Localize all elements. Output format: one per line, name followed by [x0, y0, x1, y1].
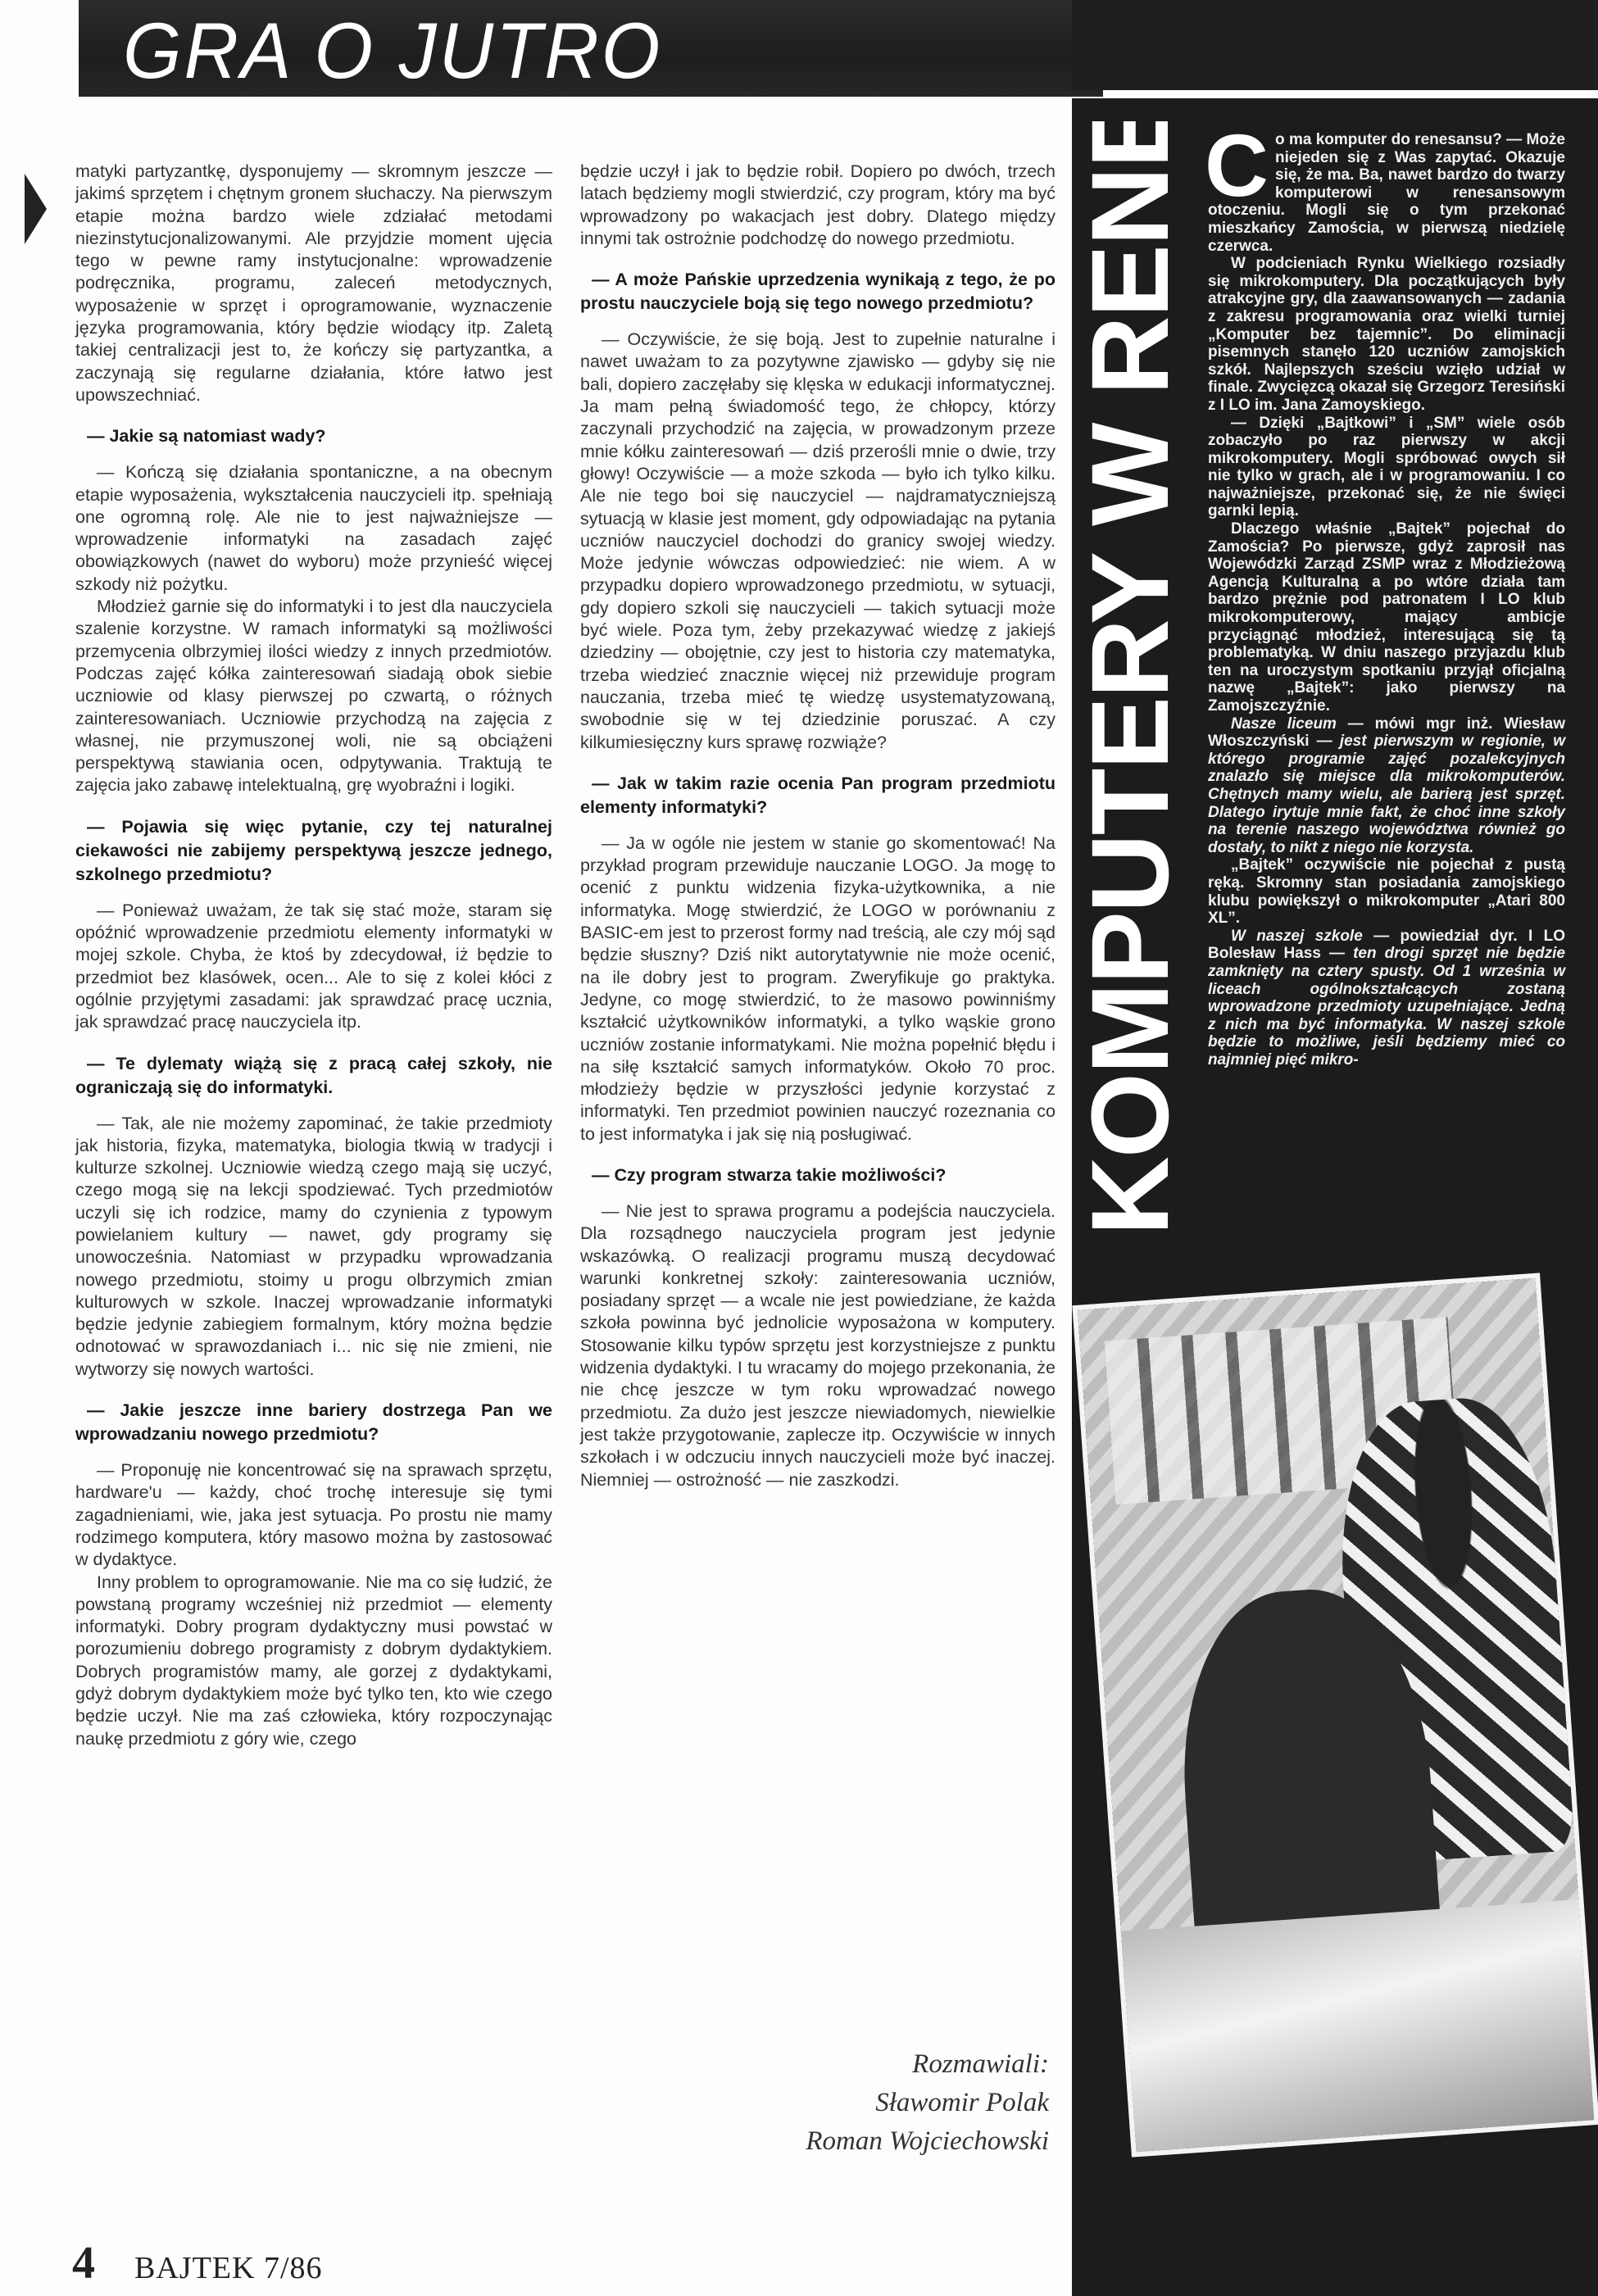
byline: Rozmawiali: Sławomir Polak Roman Wojciec… [672, 2045, 1049, 2161]
paragraph: Dlaczego właśnie „Bajtek” pojechał do Za… [1208, 520, 1565, 715]
page-title: GRA O JUTRO [123, 11, 662, 91]
paragraph: — Ponieważ uważam, że tak się stać może,… [75, 900, 552, 1034]
paragraph: — Nie jest to sprawa programu a podejści… [580, 1200, 1055, 1491]
paragraph: — Tak, ale nie możemy zapominać, że taki… [75, 1113, 552, 1382]
photo-table-computer [1121, 1899, 1594, 2152]
interview-question: — Jak w takim razie ocenia Pan program p… [580, 772, 1055, 819]
paragraph: będzie uczył i jak to będzie robił. Dopi… [580, 161, 1055, 250]
paragraph: — Proponuję nie koncentrować się na spra… [75, 1459, 552, 1571]
paragraph: — Ja w ogóle nie jestem w stanie go skom… [580, 833, 1055, 1146]
interview-question: — Czy program stwarza takie możliwości? [580, 1164, 1055, 1187]
sidebar-article: Co ma komputer do renesansu? — Może niej… [1208, 131, 1565, 1069]
paragraph: Nasze liceum — mówi mgr inż. Wiesław Wło… [1208, 715, 1565, 857]
paragraph: matyki partyzantkę, dysponujemy — skromn… [75, 161, 552, 406]
interview-question: — Jakie jeszcze inne bariery dostrzega P… [75, 1399, 552, 1446]
paragraph: „Bajtek” oczywiście nie pojechał z pustą… [1208, 856, 1565, 927]
paragraph: Inny problem to oprogramowanie. Nie ma c… [75, 1572, 552, 1750]
paragraph: — Dzięki „Bajtkowi” i „SM” wiele osób zo… [1208, 415, 1565, 521]
page-number: 4 [72, 2237, 95, 2289]
paragraph: Młodzież garnie się do informatyki i to … [75, 596, 552, 797]
byline-author: Sławomir Polak [672, 2084, 1049, 2122]
sidebar-title-text: KOMPUTERY W RENESANSIE [1080, 121, 1182, 1236]
byline-label: Rozmawiali: [672, 2045, 1049, 2084]
paragraph: W podcieniach Rynku Wielkiego rozsiadły … [1208, 255, 1565, 414]
paragraph: — Oczywiście, że się boją. Jest to zupeł… [580, 329, 1055, 754]
interview-question: — Te dylematy wiążą się z pracą całej sz… [75, 1052, 552, 1100]
article-column-middle: będzie uczył i jak to będzie robił. Dopi… [580, 161, 1055, 1491]
interview-question: — A może Pańskie uprzedzenia wynikają z … [580, 268, 1055, 315]
paragraph: — Kończą się działania spontaniczne, a n… [75, 461, 552, 596]
article-column-left: matyki partyzantkę, dysponujemy — skromn… [75, 161, 552, 1750]
interview-question: — Pojawia się więc pytanie, czy tej natu… [75, 815, 552, 887]
byline-author: Roman Wojciechowski [672, 2122, 1049, 2161]
interview-question: — Jakie są natomiast wady? [75, 424, 552, 448]
page-footer: 4 BAJTEK 7/86 [72, 2237, 323, 2289]
header-band-right [1072, 0, 1598, 90]
photo-people-at-computer [1078, 1278, 1594, 2153]
triangle-right-icon [25, 174, 47, 244]
paragraph: Co ma komputer do renesansu? — Może niej… [1208, 131, 1565, 255]
magazine-issue: BAJTEK 7/86 [134, 2250, 323, 2286]
paragraph: W naszej szkole — powiedział dyr. I LO B… [1208, 928, 1565, 1069]
sidebar-vertical-title: KOMPUTERY W RENESANSIE [1080, 121, 1182, 1236]
drop-cap: C [1205, 131, 1269, 200]
